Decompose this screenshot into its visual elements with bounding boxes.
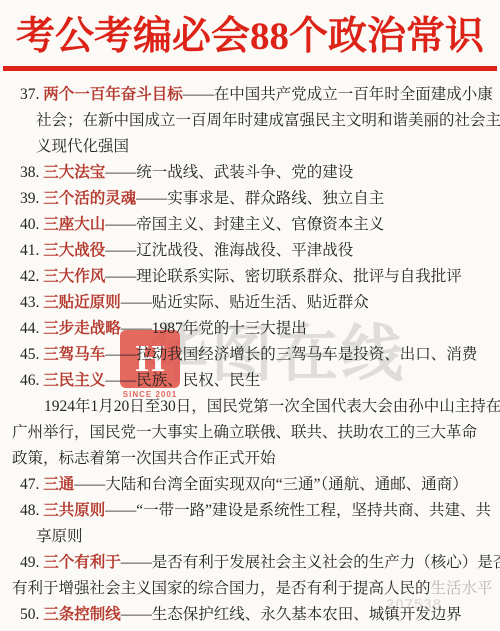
list-item: 39. 三个活的灵魂——实事求是、群众路线、独立自主 [0, 186, 500, 212]
item-line: 有利于增强社会主义国家的综合国力，是否有利于提高人民的生活水平 [0, 576, 500, 602]
item-term: 三大作风 [43, 268, 105, 285]
item-text-faded: 生活水平 [431, 580, 493, 597]
list-item: 38. 三大法宝——统一战线、武装斗争、党的建设 [0, 160, 500, 186]
item-line: 44. 三步走战略——1987年党的十三大提出 [0, 316, 500, 342]
item-dash: —— [105, 216, 136, 233]
item-text: 拉动我国经济增长的三驾马车是投资、出口、消费 [136, 346, 477, 363]
item-term: 三座大山 [43, 216, 105, 233]
item-number: 42. [20, 268, 43, 285]
list-item: 43. 三贴近原则——贴近实际、贴近生活、贴近群众 [0, 290, 500, 316]
item-text: 生态保护红线、永久基本农田、城镇开发边界 [152, 606, 462, 623]
item-term: 三通 [43, 476, 74, 493]
item-term: 三驾马车 [43, 346, 105, 363]
item-line: 1924年1月20日至30日，国民党第一次全国代表大会由孙中山主持在 [0, 394, 500, 420]
document-page: 华图在线 H SINCE 2001 207538 考公考编必会88个政治常识 3… [0, 0, 500, 631]
item-text: 义现代化强国 [36, 138, 129, 155]
list-item: 47. 三通——大陆和台湾全面实现双向“三通”（通航、通邮、通商） [0, 472, 500, 498]
item-line: 40. 三座大山——帝国主义、封建主义、官僚资本主义 [0, 212, 500, 238]
item-number: 43. [20, 294, 43, 311]
item-line: 享原则 [0, 524, 500, 550]
item-number: 47. [20, 476, 43, 493]
item-number: 44. [20, 320, 43, 337]
item-number: 39. [20, 190, 43, 207]
item-line: 广州举行，国民党一大事实上确立联俄、联共、扶助农工的三大革命 [0, 420, 500, 446]
item-dash: —— [121, 294, 152, 311]
item-number: 49. [20, 554, 43, 571]
item-line: 47. 三通——大陆和台湾全面实现双向“三通”（通航、通邮、通商） [0, 472, 500, 498]
item-text: 贴近实际、贴近生活、贴近群众 [152, 294, 369, 311]
list-item: 49. 三个有利于——是否有利于发展社会主义社会的生产力（核心）是否有利于增强社… [0, 550, 500, 602]
list-item: 40. 三座大山——帝国主义、封建主义、官僚资本主义 [0, 212, 500, 238]
item-term: 三大战役 [43, 242, 105, 259]
item-text: 实事求是、群众路线、独立自主 [167, 190, 384, 207]
item-term: 三民主义 [43, 372, 105, 389]
item-line: 义现代化强国 [0, 134, 500, 160]
list-item: 48. 三共原则——“一带一路”建设是系统性工程，坚持共商、共建、共享原则 [0, 498, 500, 550]
item-term: 三个活的灵魂 [43, 190, 136, 207]
item-text: 政策，标志着第一次国共合作正式开始 [12, 450, 276, 467]
item-text: 1987年党的十三大提出 [152, 320, 307, 337]
item-dash: —— [74, 476, 105, 493]
title-divider [3, 66, 497, 71]
item-line: 政策，标志着第一次国共合作正式开始 [0, 446, 500, 472]
item-number: 46. [20, 372, 43, 389]
item-line: 42. 三大作风——理论联系实际、密切联系群众、批评与自我批评 [0, 264, 500, 290]
item-line: 45. 三驾马车——拉动我国经济增长的三驾马车是投资、出口、消费 [0, 342, 500, 368]
item-dash: —— [105, 346, 136, 363]
item-line: 43. 三贴近原则——贴近实际、贴近生活、贴近群众 [0, 290, 500, 316]
item-number: 38. [20, 164, 43, 181]
item-line: 50. 三条控制线——生态保护红线、永久基本农田、城镇开发边界 [0, 602, 500, 628]
item-dash: —— [105, 268, 136, 285]
item-line: 48. 三共原则——“一带一路”建设是系统性工程，坚持共商、共建、共 [0, 498, 500, 524]
item-dash: —— [105, 502, 136, 519]
item-text: 辽沈战役、淮海战役、平津战役 [136, 242, 353, 259]
item-term: 三共原则 [43, 502, 105, 519]
item-number: 41. [20, 242, 43, 259]
item-dash: —— [105, 242, 136, 259]
item-number: 50. [20, 606, 43, 623]
list-item: 50. 三条控制线——生态保护红线、永久基本农田、城镇开发边界 [0, 602, 500, 628]
item-dash: —— [105, 372, 136, 389]
list-item: 44. 三步走战略——1987年党的十三大提出 [0, 316, 500, 342]
item-text: 统一战线、武装斗争、党的建设 [136, 164, 353, 181]
page-title: 考公考编必会88个政治常识 [0, 0, 500, 61]
item-text: 社会；在新中国成立一百周年时建成富强民主文明和谐美丽的社会主 [36, 112, 500, 129]
item-dash: —— [121, 606, 152, 623]
item-dash: —— [136, 190, 167, 207]
knowledge-list: 37. 两个一百年奋斗目标——在中国共产党成立一百年时全面建成小康社会；在新中国… [0, 82, 500, 628]
item-line: 49. 三个有利于——是否有利于发展社会主义社会的生产力（核心）是否 [0, 550, 500, 576]
item-term: 三大法宝 [43, 164, 105, 181]
item-text: 广州举行，国民党一大事实上确立联俄、联共、扶助农工的三大革命 [12, 424, 477, 441]
item-text: 有利于增强社会主义国家的综合国力，是否有利于提高人民的 [12, 580, 431, 597]
item-text: 帝国主义、封建主义、官僚资本主义 [136, 216, 384, 233]
item-text: 大陆和台湾全面实现双向“三通”（通航、通邮、通商） [105, 476, 468, 493]
item-line: 37. 两个一百年奋斗目标——在中国共产党成立一百年时全面建成小康 [0, 82, 500, 108]
list-item: 42. 三大作风——理论联系实际、密切联系群众、批评与自我批评 [0, 264, 500, 290]
item-dash: —— [121, 320, 152, 337]
list-item: 45. 三驾马车——拉动我国经济增长的三驾马车是投资、出口、消费 [0, 342, 500, 368]
item-line: 46. 三民主义——民族、民权、民生 [0, 368, 500, 394]
item-term: 三步走战略 [43, 320, 121, 337]
item-term: 三条控制线 [43, 606, 121, 623]
item-text: 民族、民权、民生 [136, 372, 260, 389]
item-dash: —— [105, 164, 136, 181]
item-dash: —— [121, 554, 152, 571]
item-line: 38. 三大法宝——统一战线、武装斗争、党的建设 [0, 160, 500, 186]
item-number: 40. [20, 216, 43, 233]
list-item: 46. 三民主义——民族、民权、民生1924年1月20日至30日，国民党第一次全… [0, 368, 500, 472]
item-term: 两个一百年奋斗目标 [43, 86, 183, 103]
item-number: 45. [20, 346, 43, 363]
item-text: “一带一路”建设是系统性工程，坚持共商、共建、共 [136, 502, 491, 519]
item-text: 1924年1月20日至30日，国民党第一次全国代表大会由孙中山主持在 [44, 398, 500, 415]
item-line: 41. 三大战役——辽沈战役、淮海战役、平津战役 [0, 238, 500, 264]
item-term: 三个有利于 [43, 554, 121, 571]
item-line: 社会；在新中国成立一百周年时建成富强民主文明和谐美丽的社会主 [0, 108, 500, 134]
item-text: 享原则 [36, 528, 83, 545]
item-term: 三贴近原则 [43, 294, 121, 311]
list-item: 37. 两个一百年奋斗目标——在中国共产党成立一百年时全面建成小康社会；在新中国… [0, 82, 500, 160]
item-text: 理论联系实际、密切联系群众、批评与自我批评 [136, 268, 462, 285]
item-text: 是否有利于发展社会主义社会的生产力（核心）是否 [152, 554, 500, 571]
item-number: 37. [20, 86, 43, 103]
item-number: 48. [20, 502, 43, 519]
item-dash: —— [183, 86, 214, 103]
item-text: 在中国共产党成立一百年时全面建成小康 [214, 86, 493, 103]
list-item: 41. 三大战役——辽沈战役、淮海战役、平津战役 [0, 238, 500, 264]
item-line: 39. 三个活的灵魂——实事求是、群众路线、独立自主 [0, 186, 500, 212]
